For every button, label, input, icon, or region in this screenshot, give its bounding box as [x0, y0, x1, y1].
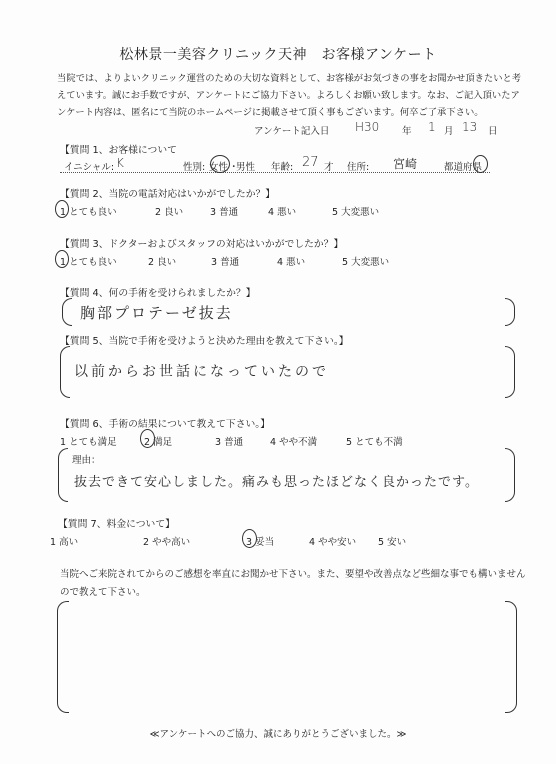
footer-thanks: ≪アンケートへのご協力、誠にありがとうございました。≫	[0, 726, 556, 740]
q1-heading: 【質問 1、お客様について	[60, 142, 177, 156]
q5-heading: 【質問 5、当院で手術を受けようと決めた理由を教えて下さい。】	[60, 333, 349, 347]
date-month[interactable]: 1	[428, 120, 436, 134]
q4-bracket-right	[505, 298, 515, 326]
q3-selected-circle	[55, 250, 69, 268]
q5-bracket-right	[505, 346, 515, 398]
q2-selected-circle	[55, 200, 69, 218]
date-day[interactable]: 13	[462, 120, 477, 134]
q5-answer[interactable]: 以前からお世話になっていたので	[74, 361, 329, 381]
q6-option-5[interactable]: 5 とても不満	[346, 434, 403, 448]
age-unit: 才	[324, 159, 334, 173]
q4-answer[interactable]: 胸部プロテーゼ抜去	[80, 302, 233, 323]
q6-option-4[interactable]: 4 やや不満	[270, 434, 317, 448]
date-year-label: 年	[402, 123, 412, 137]
age-label: 年齢:	[271, 159, 293, 173]
q2-option-2[interactable]: 2 良い	[155, 204, 183, 218]
q6-option-1[interactable]: 1 とても満足	[60, 434, 117, 448]
gender-female-circle	[210, 155, 230, 173]
q2-option-5[interactable]: 5 大変悪い	[332, 204, 379, 218]
q2-option-4[interactable]: 4 悪い	[268, 204, 296, 218]
q5-bracket-left	[60, 346, 70, 398]
q7-option-2[interactable]: 2 やや高い	[143, 534, 190, 548]
q8-prompt: 当院へご来院されてからのご感想を率直にお聞かせ下さい。また、要望や改善点など些細…	[60, 566, 528, 602]
address-field[interactable]: 宮崎	[393, 155, 417, 172]
q7-option-4[interactable]: 4 やや安い	[309, 534, 356, 548]
initial-label: イニシャル:	[64, 159, 114, 173]
q7-selected-circle	[242, 529, 257, 548]
initial-field[interactable]: K	[116, 156, 124, 170]
q6-heading: 【質問 6、手術の結果について教えて下さい。】	[60, 416, 270, 430]
q4-bracket-left	[62, 298, 72, 326]
q6-bracket-left	[58, 448, 68, 502]
q6-selected-circle	[140, 429, 155, 448]
date-era[interactable]: H30	[355, 120, 379, 134]
q2-option-3[interactable]: 3 普通	[210, 204, 238, 218]
q6-option-3[interactable]: 3 普通	[215, 434, 243, 448]
q3-heading: 【質問 3、ドクターおよびスタッフの対応はいかがでしたか？】	[60, 236, 343, 250]
q3-option-5[interactable]: 5 大変悪い	[342, 254, 389, 268]
date-day-label: 日	[488, 123, 498, 137]
gender-male-option[interactable]: 男性	[236, 159, 255, 173]
address-label: 住所:	[347, 159, 369, 173]
q6-reason[interactable]: 抜去できて安心しました。痛みも思ったほどなく良かったです。	[74, 471, 479, 490]
page-title: 松林景一美容クリニック天神 お客様アンケート	[0, 44, 556, 64]
q8-bracket-left	[57, 601, 69, 713]
q6-reason-label: 理由：	[72, 452, 101, 466]
prefecture-circle	[473, 155, 488, 173]
survey-sheet: 松林景一美容クリニック天神 お客様アンケート 当院では、よりよいクリニック運営の…	[0, 0, 556, 764]
intro-text: 当院では、よりよいクリニック運営のための大切な資料として、お客様がお気づきの事を…	[57, 70, 527, 121]
q3-option-4[interactable]: 4 悪い	[277, 254, 305, 268]
q3-option-2[interactable]: 2 良い	[148, 254, 176, 268]
q7-heading: 【質問 7、料金について】	[58, 516, 175, 530]
q7-option-1[interactable]: 1 高い	[50, 534, 78, 548]
q4-heading: 【質問 4、何の手術を受けられましたか？】	[60, 285, 256, 299]
gender-label: 性別:	[183, 159, 205, 173]
date-label: アンケート記入日	[254, 123, 329, 137]
q8-bracket-right	[505, 601, 517, 713]
q3-option-3[interactable]: 3 普通	[211, 254, 239, 268]
age-field[interactable]: 27	[302, 155, 319, 170]
q8-answer[interactable]	[78, 612, 498, 707]
q2-heading: 【質問 2、当院の電話対応はいかがでしたか？】	[60, 186, 275, 200]
q7-option-5[interactable]: 5 安い	[378, 534, 406, 548]
q6-bracket-right	[505, 448, 515, 502]
date-month-label: 月	[444, 123, 454, 137]
